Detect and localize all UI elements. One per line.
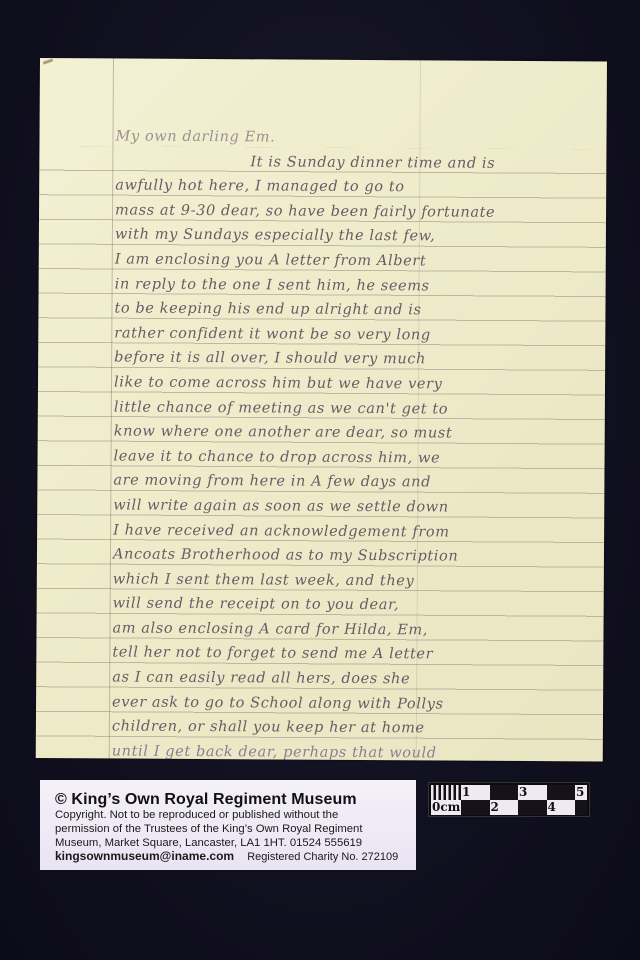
copyright-line: Copyright. Not to be reproduced or publi… [55, 809, 408, 823]
handwritten-letter: My own darling Em. It is Sunday dinner t… [36, 58, 607, 761]
scale-mark-5: 5 [575, 785, 587, 800]
letter-line: as I can easily read all hers, does she [112, 666, 602, 694]
scale-mark-2: 2 [490, 800, 519, 815]
letter-line: will write again as soon as we settle do… [113, 493, 603, 521]
letter-line: before it is all over, I should very muc… [114, 346, 604, 374]
letter-salutation: My own darling Em. [115, 124, 605, 152]
address-line: Museum, Market Square, Lancaster, LA1 1H… [55, 837, 408, 851]
letter-line: tell her not to forget to send me A lett… [112, 641, 602, 669]
letter-line: rather confident it wont be so very long [114, 321, 604, 349]
museum-title: © King’s Own Royal Regiment Museum [55, 790, 408, 809]
letter-line: am also enclosing A card for Hilda, Em, [112, 616, 602, 644]
letter-line: will send the receipt on to you dear, [113, 592, 603, 620]
museum-copyright-label: © King’s Own Royal Regiment Museum Copyr… [40, 780, 416, 870]
charity-number: Registered Charity No. 272109 [247, 851, 398, 863]
letter-line: leave it to chance to drop across him, w… [113, 444, 603, 472]
letter-line: little chance of meeting as we can't get… [114, 395, 604, 423]
letter-line: with my Sundays especially the last few, [115, 223, 605, 251]
letter-line: children, or shall you keep her at home [112, 715, 602, 743]
scale-segment [575, 800, 587, 815]
scale-segment [490, 785, 519, 800]
letter-line: until I get back dear, perhaps that woul… [112, 739, 602, 767]
letter-line: ever ask to go to School along with Poll… [112, 690, 602, 718]
letter-line: in reply to the one I sent him, he seems [115, 272, 605, 300]
scale-mark-1: 1 [461, 785, 490, 800]
scale-segment [547, 785, 576, 800]
scale-unit-label: 0cm [431, 800, 461, 815]
centimeter-scale-bar: 1 3 5 0cm 2 4 [428, 782, 590, 817]
museum-email: kingsownmuseum@iname.com [55, 849, 234, 863]
letter-line: know where one another are dear, so must [114, 420, 604, 448]
scale-segment [461, 800, 490, 815]
letter-line: I have received an acknowledgement from [113, 518, 603, 546]
scale-segment [518, 800, 547, 815]
letter-line: like to come across him but we have very [114, 370, 604, 398]
letter-line: mass at 9-30 dear, so have been fairly f… [115, 198, 605, 226]
letter-line: Ancoats Brotherhood as to my Subscriptio… [113, 543, 603, 571]
letter-line: to be keeping his end up alright and is [114, 297, 604, 325]
copyright-line: permission of the Trustees of the King’s… [55, 823, 408, 837]
scale-mark-4: 4 [547, 800, 576, 815]
letter-body: My own darling Em. It is Sunday dinner t… [112, 124, 606, 766]
letter-line: It is Sunday dinner time and is [115, 149, 605, 177]
scale-mark-3: 3 [518, 785, 547, 800]
letter-line: I am enclosing you A letter from Albert [115, 247, 605, 275]
letter-line: awfully hot here, I managed to go to [115, 174, 605, 202]
letter-line: which I sent them last week, and they [113, 567, 603, 595]
corner-tear [43, 58, 53, 64]
millimeter-ticks [431, 785, 461, 800]
letter-line: are moving from here in A few days and [113, 469, 603, 497]
